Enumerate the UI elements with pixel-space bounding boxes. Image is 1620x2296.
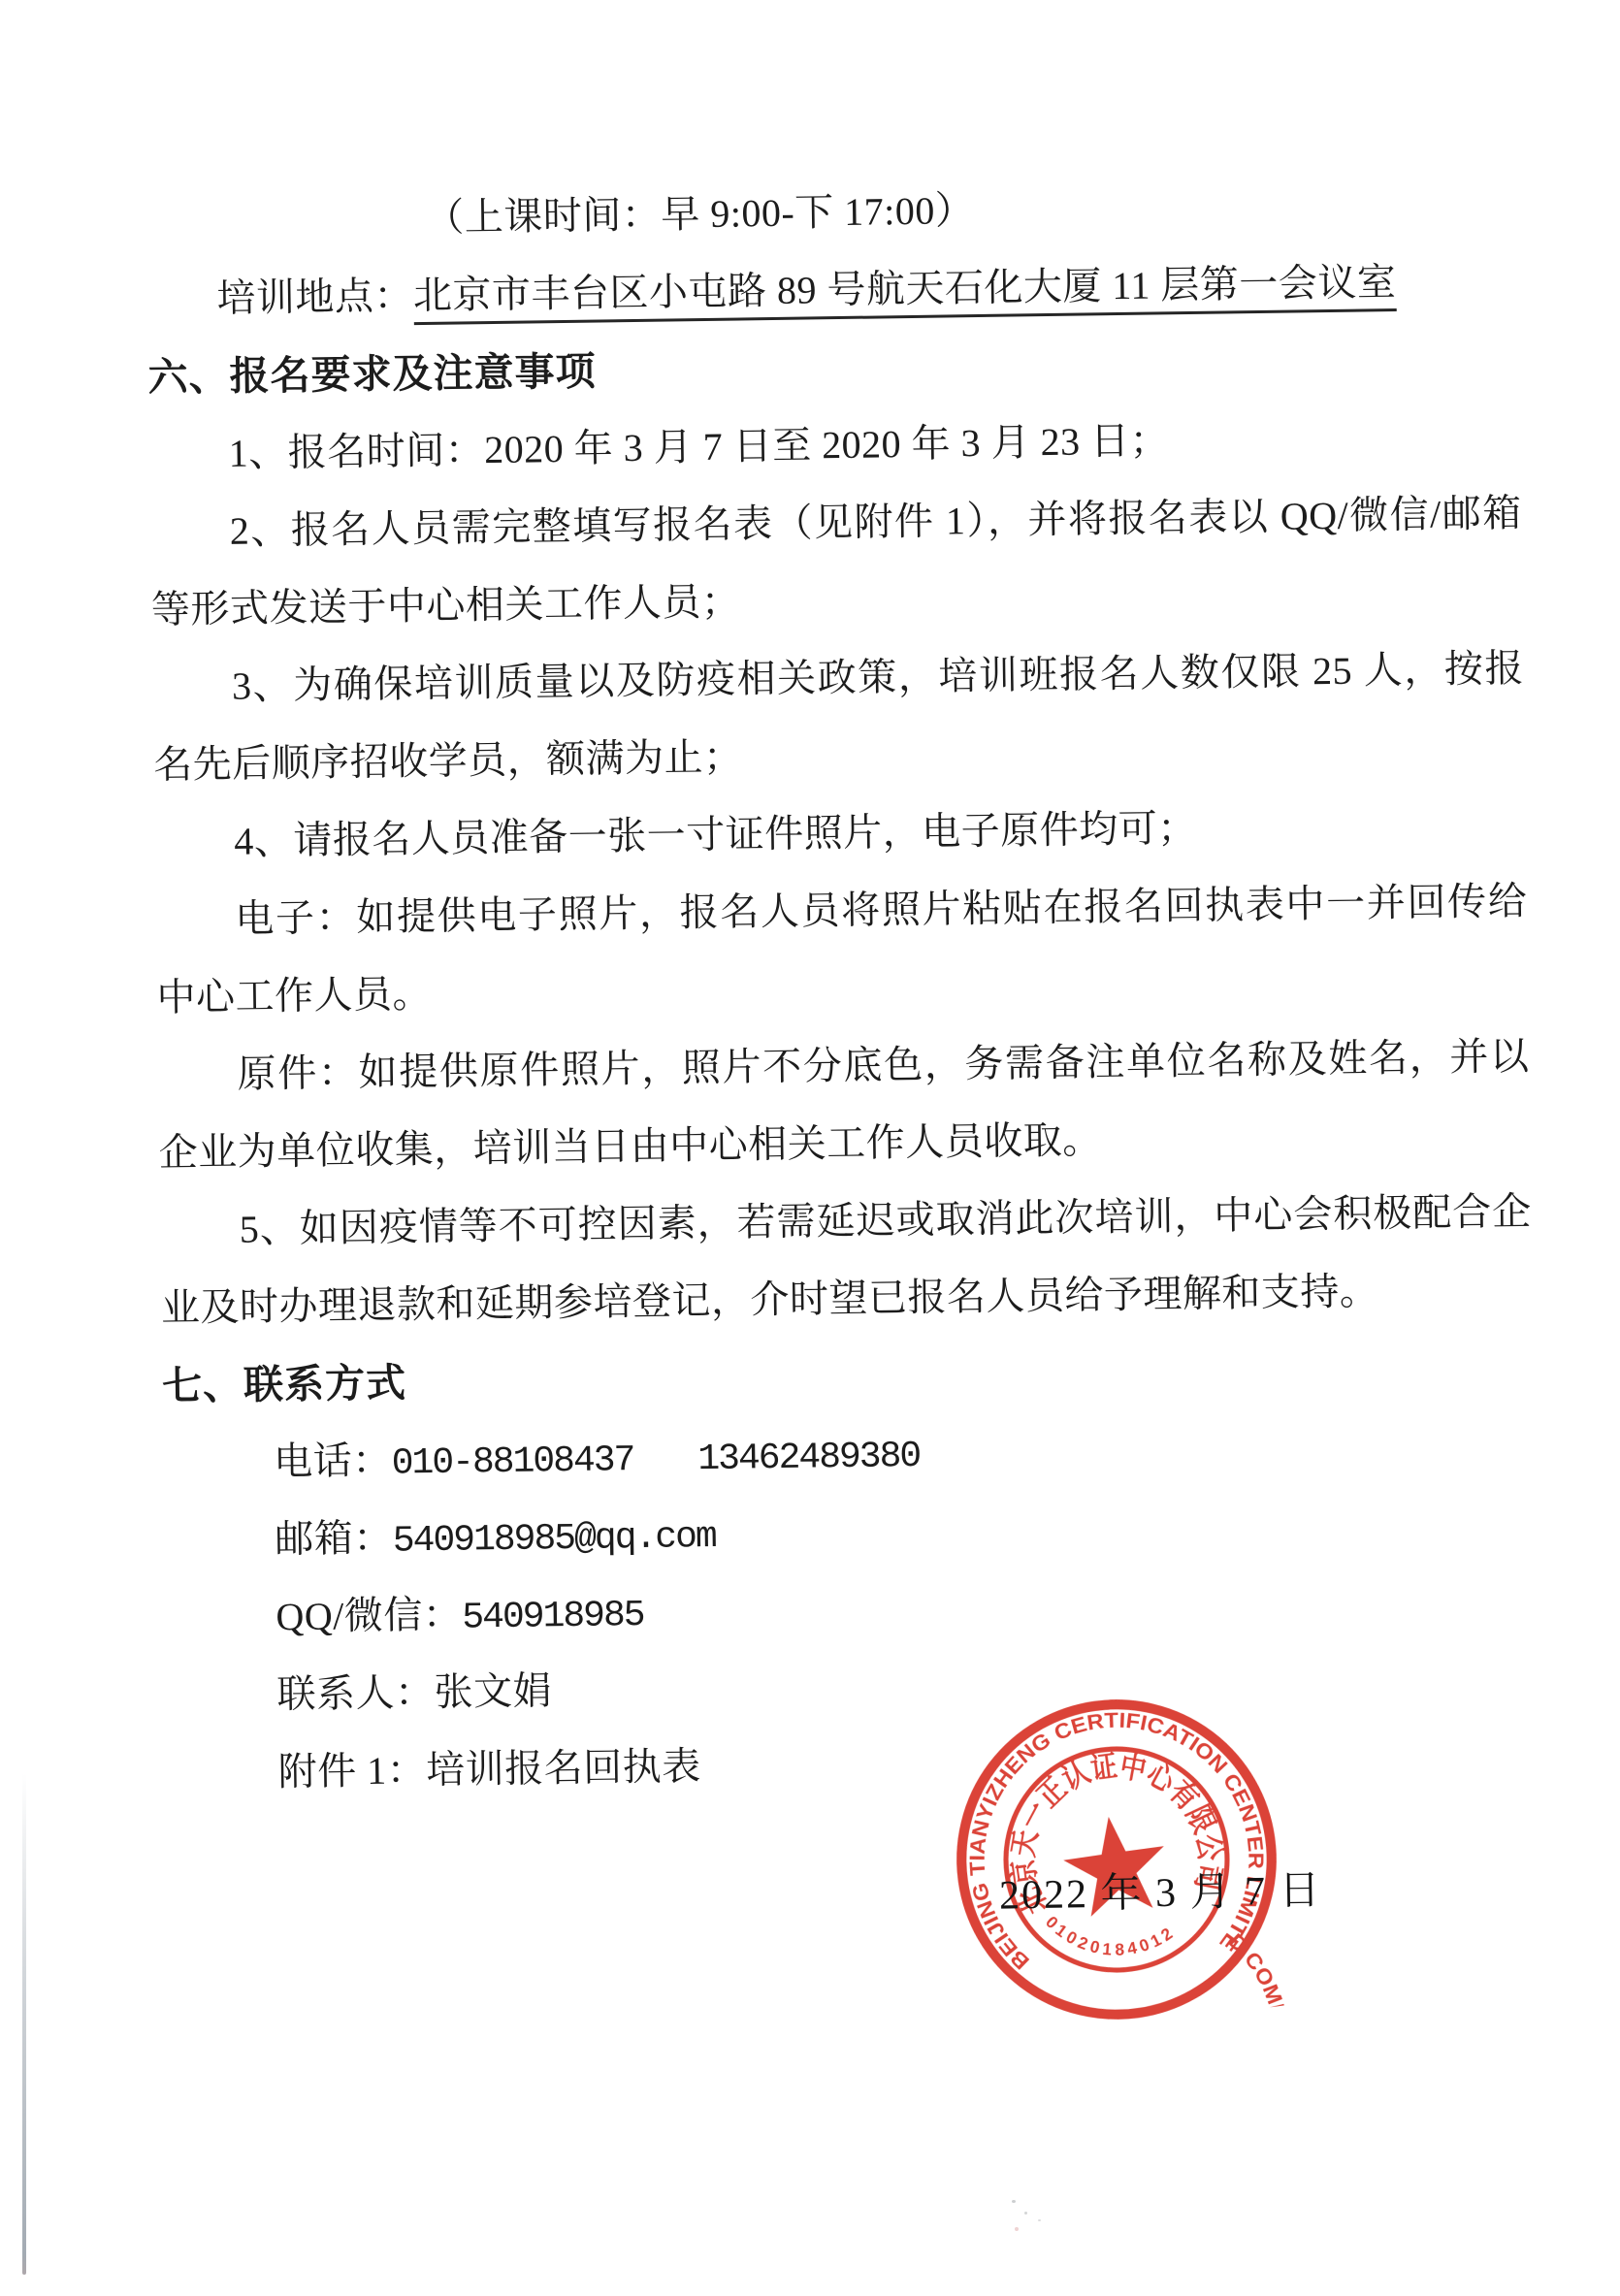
- email-label: 邮箱：: [275, 1516, 393, 1562]
- email-value: 540918985@qq.com: [393, 1516, 716, 1563]
- qq-value: 540918985: [462, 1595, 644, 1639]
- training-location-value: 北京市丰台区小屯路 89 号航天石化大厦 11 层第一会议室: [413, 260, 1397, 325]
- document-body: （上课时间：早 9:00-下 17:00） 培训地点：北京市丰台区小屯路 89 …: [146, 178, 1539, 1827]
- contact-person-label: 联系人：: [276, 1670, 435, 1716]
- phone-number-2: 13462489380: [697, 1436, 920, 1480]
- scan-speck: [1038, 2219, 1041, 2221]
- company-seal-stamp: BEIJING TIANYIZHENG CERTIFICATION CENTER…: [927, 1670, 1307, 2050]
- phone-number-1: 010-88108437: [391, 1439, 633, 1484]
- phone-gap: [634, 1469, 698, 1470]
- phone-label: 电话：: [274, 1439, 392, 1484]
- seal-graphic: BEIJING TIANYIZHENG CERTIFICATION CENTER…: [927, 1670, 1307, 2050]
- scan-speck: [1024, 2212, 1027, 2215]
- scan-speck: [1015, 2227, 1019, 2231]
- contact-person-name: 张文娟: [434, 1668, 552, 1714]
- qq-label: QQ/微信：: [275, 1593, 463, 1639]
- document-date: 2022 年 3 月 7 日: [999, 1867, 1322, 1919]
- scan-artifact-line: [22, 1773, 26, 2275]
- scan-speck: [1012, 2200, 1016, 2203]
- attachment-value: 培训报名回执表: [426, 1744, 701, 1792]
- training-location-label: 培训地点：: [216, 274, 413, 320]
- attachment-label: 附件 1：: [277, 1748, 426, 1794]
- scanned-document-page: （上课时间：早 9:00-下 17:00） 培训地点：北京市丰台区小屯路 89 …: [0, 0, 1620, 2296]
